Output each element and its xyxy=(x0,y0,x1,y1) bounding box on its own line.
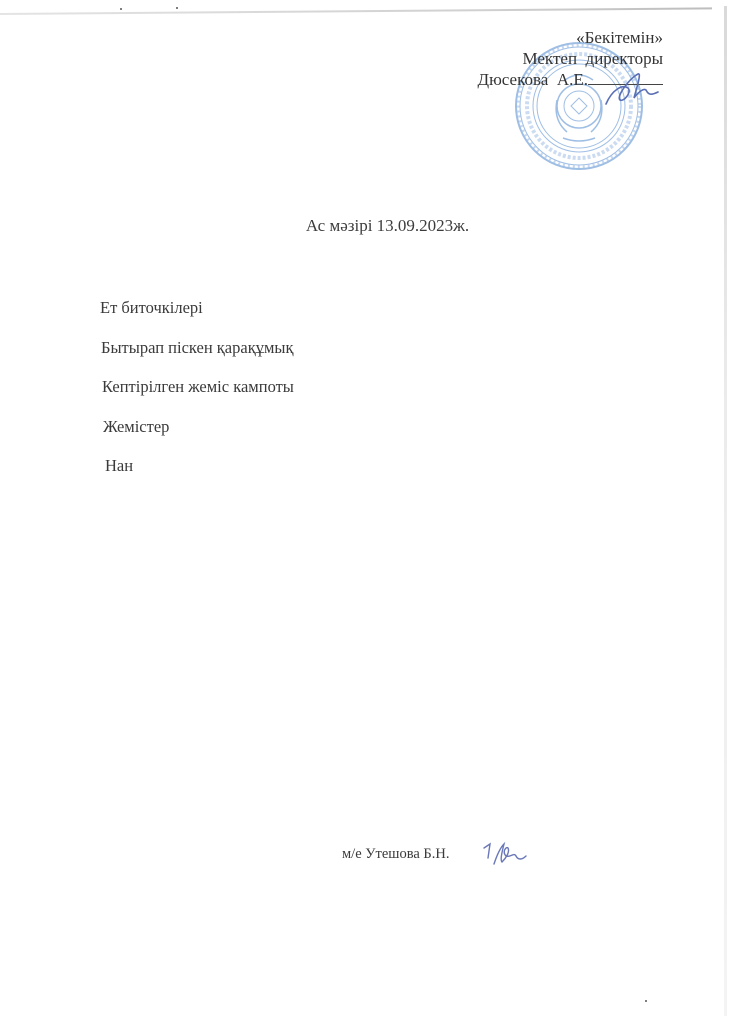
menu-item: Бытырап піскен қарақұмық xyxy=(101,338,294,378)
scan-speck xyxy=(645,1000,647,1002)
menu-item: Кептірілген жеміс кампоты xyxy=(102,377,294,417)
approval-label: «Бекітемін» xyxy=(478,27,664,48)
scan-speck xyxy=(120,8,122,10)
responsible-signer: м/е Утешова Б.Н. xyxy=(342,846,449,863)
scan-right-edge xyxy=(724,6,727,1016)
scanned-page: «Бекітемін» Мектеп директоры Дюсекова А.… xyxy=(0,0,745,1024)
approver-position: Мектеп директоры xyxy=(478,48,664,69)
scan-speck xyxy=(176,7,178,9)
scan-top-edge xyxy=(0,7,712,15)
menu-item: Жемістер xyxy=(103,417,294,457)
menu-list: Ет биточкілері Бытырап піскен қарақұмық … xyxy=(100,298,294,496)
page-title: Ас мәзірі 13.09.2023ж. xyxy=(0,216,745,236)
director-signature-icon xyxy=(598,70,668,110)
menu-item: Ет биточкілері xyxy=(100,298,294,338)
approver-name: Дюсекова А.Е. xyxy=(478,70,589,89)
menu-item: Нан xyxy=(105,456,294,496)
signer-signature-icon xyxy=(480,838,532,870)
